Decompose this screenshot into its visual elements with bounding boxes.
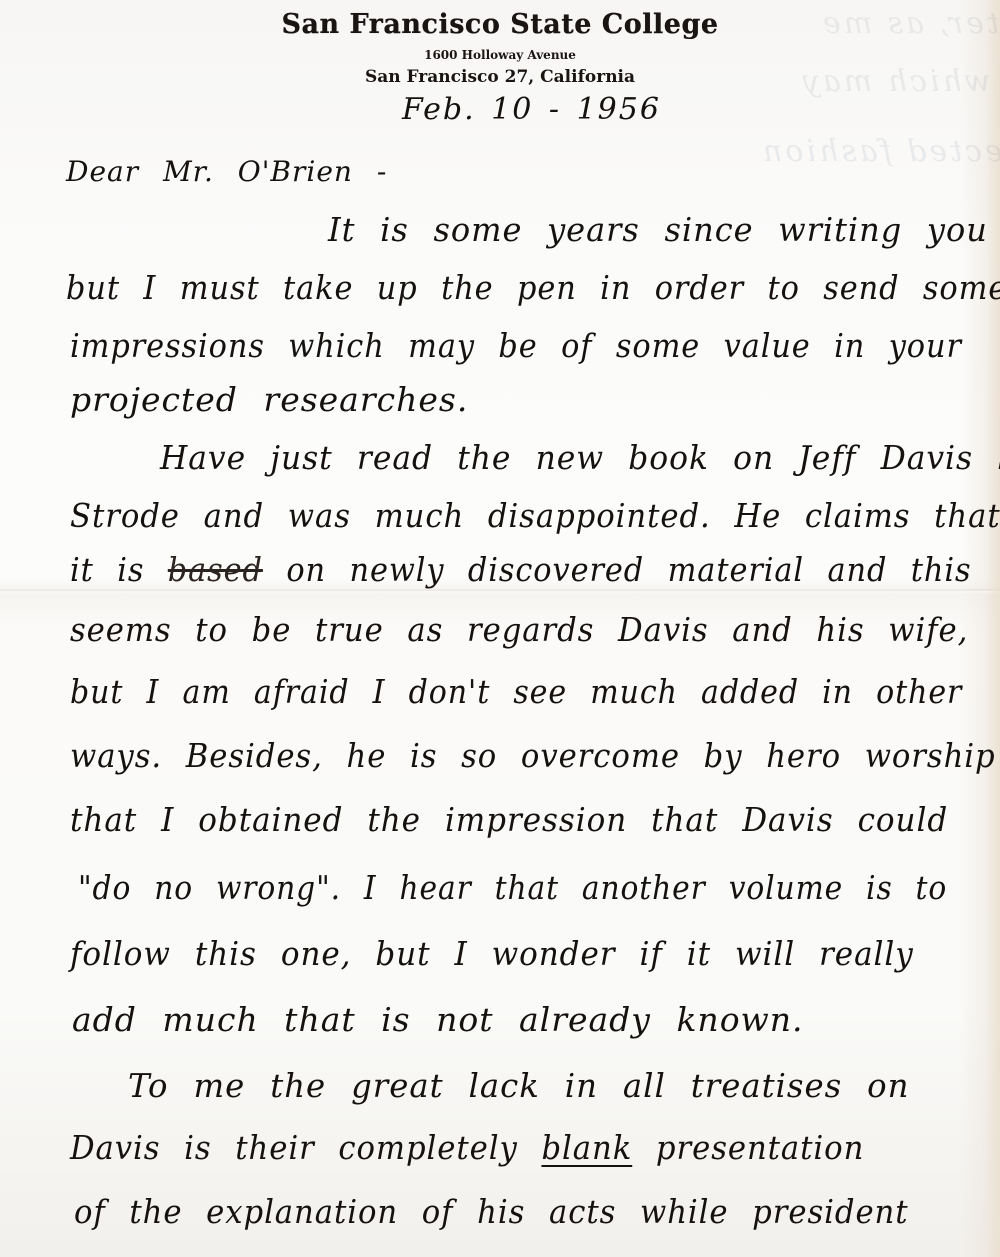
body-line: but I must take up the pen in order to s…: [66, 268, 1000, 307]
body-line: follow this one, but I wonder if it will…: [70, 934, 914, 973]
body-line: impressions which may be of some value i…: [70, 326, 962, 365]
body-line: seems to be true as regards Davis and hi…: [70, 610, 968, 649]
body-line-text: presentation: [632, 1128, 864, 1167]
body-line: add much that is not already known.: [72, 1000, 804, 1039]
body-line: Have just read the new book on Jeff Davi…: [160, 438, 1000, 477]
body-line: It is some years since writing you last,: [328, 210, 1000, 249]
body-line-text: on newly discovered material and this: [263, 550, 972, 589]
body-line: To me the great lack in all treatises on: [128, 1066, 909, 1105]
body-line: but I am afraid I don't see much added i…: [70, 672, 962, 711]
letter-page: letter, as me which may unexpected fashi…: [0, 0, 1000, 1257]
letterhead-address: 1600 Holloway Avenue: [0, 46, 1000, 64]
body-line: that I obtained the impression that Davi…: [70, 800, 948, 839]
letterhead: San Francisco State College 1600 Hollowa…: [0, 8, 1000, 88]
underlined-word: blank: [541, 1128, 632, 1167]
body-line: Strode and was much disappointed. He cla…: [70, 496, 1000, 535]
body-line: projected researches.: [70, 380, 468, 419]
body-line: of the explanation of his acts while pre…: [74, 1192, 909, 1231]
body-line: Davis is their completely blank presenta…: [70, 1128, 864, 1167]
body-line: "do no wrong". I hear that another volum…: [78, 868, 947, 907]
letterhead-institution: San Francisco State College: [0, 8, 1000, 42]
paper-right-edge: [986, 0, 1000, 1257]
body-line: ways. Besides, he is so overcome by hero…: [70, 736, 996, 775]
letter-date: Feb. 10 - 1956: [402, 92, 661, 127]
body-line-text: Davis is their completely: [70, 1128, 541, 1167]
struck-through-word: based: [168, 550, 263, 589]
salutation: Dear Mr. O'Brien -: [66, 155, 387, 188]
body-line: it is based on newly discovered material…: [70, 550, 972, 589]
body-line-text: it is: [70, 550, 168, 589]
bleed-through-text: unexpected fashion: [760, 134, 1000, 169]
letterhead-city: San Francisco 27, California: [0, 66, 1000, 88]
